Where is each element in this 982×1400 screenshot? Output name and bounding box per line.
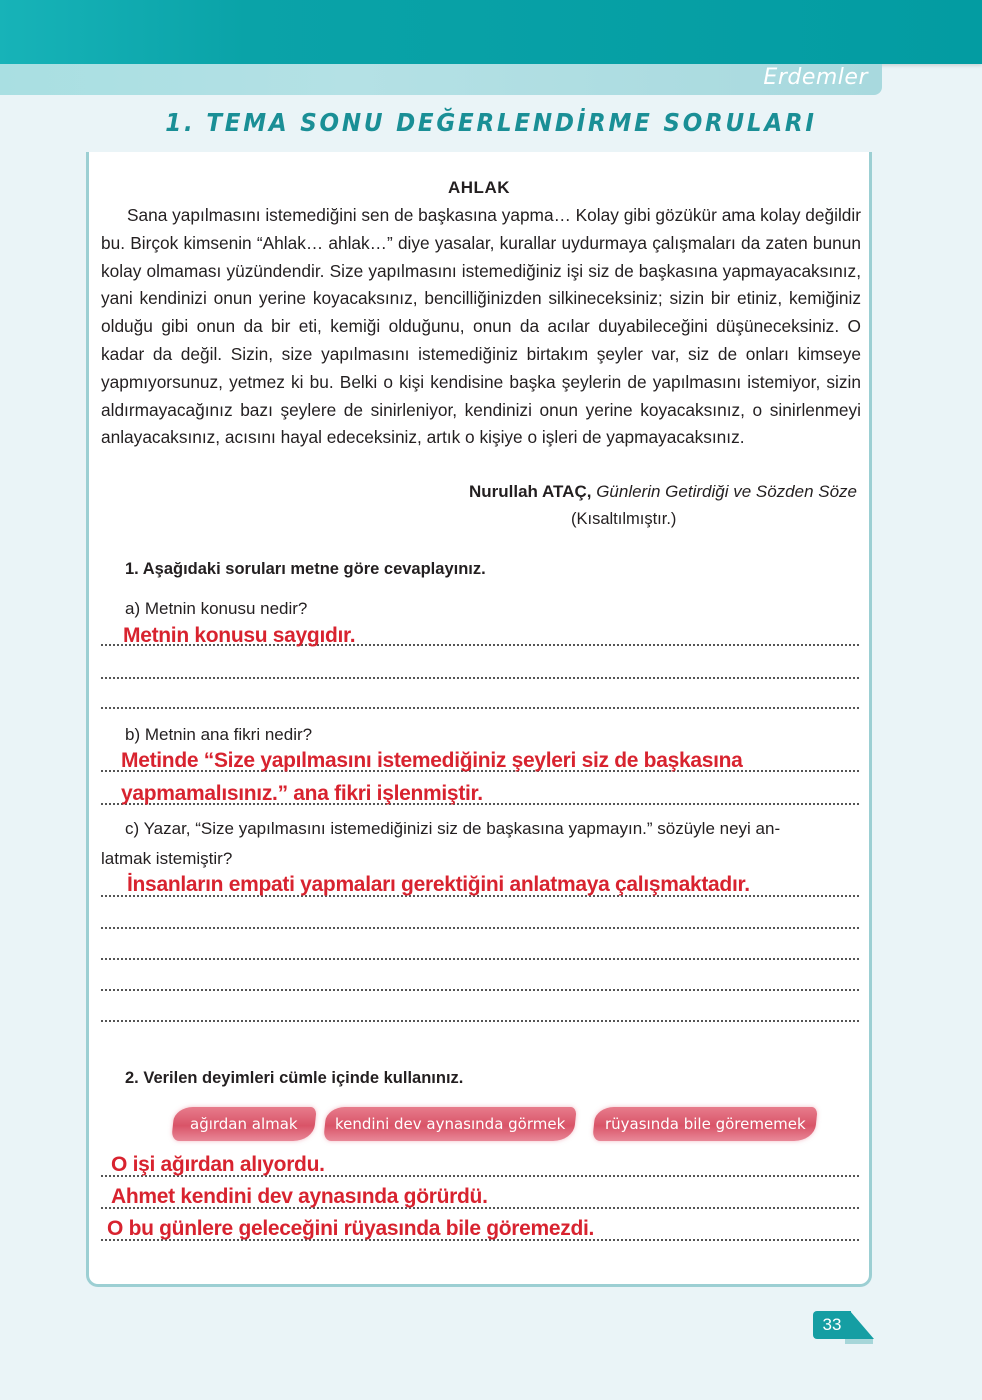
header-band: [0, 0, 982, 64]
idiom-label: ağırdan almak: [190, 1115, 298, 1133]
answer-2-3: O bu günlere geleceğini rüyasında bile g…: [107, 1217, 594, 1241]
idiom-label: kendini dev aynasında görmek: [335, 1115, 565, 1133]
answer-1c: İnsanların empati yapmaları gerektiğini …: [127, 873, 750, 897]
answer-line[interactable]: [101, 707, 859, 709]
reading-passage: Sana yapılmasını istemediğini sen de baş…: [101, 202, 861, 452]
idiom-chip: kendini dev aynasında görmek: [323, 1107, 577, 1141]
question-1b: b) Metnin ana fikri nedir?: [125, 725, 312, 745]
source-title: Günlerin Getirdiği ve Sözden Söze: [596, 482, 857, 501]
section-band: Erdemler: [0, 64, 882, 95]
question-1c-line2: latmak istemiştir?: [101, 849, 232, 869]
page-number: 33: [813, 1311, 851, 1339]
citation: Nurullah ATAÇ, Günlerin Getirdiği ve Söz…: [469, 482, 857, 502]
idiom-label: rüyasında bile görememek: [605, 1115, 806, 1133]
answer-1a: Metnin konusu saygıdır.: [123, 624, 355, 648]
answer-2-1: O işi ağırdan alıyordu.: [111, 1153, 325, 1177]
page-number-tab-shadow: [845, 1339, 873, 1344]
question-2-heading: 2. Verilen deyimleri cümle içinde kullan…: [125, 1069, 463, 1088]
question-1-heading: 1. Aşağıdaki soruları metne göre cevapla…: [125, 560, 486, 579]
answer-1b-line2: yapmamalısınız.” ana fikri işlenmiştir.: [121, 782, 483, 806]
question-1c-line1: c) Yazar, “Size yapılmasını istemediğini…: [125, 819, 863, 839]
answer-line[interactable]: [101, 677, 859, 679]
worksheet-box: AHLAK Sana yapılmasını istemediğini sen …: [86, 152, 872, 1287]
section-label: Erdemler: [763, 65, 868, 90]
answer-line[interactable]: [101, 1020, 859, 1022]
page-number-tab: [850, 1311, 874, 1339]
answer-line[interactable]: [101, 958, 859, 960]
author-name: Nurullah ATAÇ,: [469, 482, 591, 501]
question-1a: a) Metnin konusu nedir?: [125, 599, 307, 619]
reading-title: AHLAK: [89, 178, 869, 198]
reading-paragraph: Sana yapılmasını istemediğini sen de baş…: [101, 202, 861, 452]
answer-line[interactable]: [101, 927, 859, 929]
answer-1b-line1: Metinde “Size yapılmasını istemediğiniz …: [121, 749, 743, 773]
page-title: 1. TEMA SONU DEĞERLENDİRME SORULARI: [39, 108, 942, 137]
idiom-chip: ağırdan almak: [171, 1107, 317, 1141]
abridged-note: (Kısaltılmıştır.): [571, 510, 676, 529]
answer-2-2: Ahmet kendini dev aynasında görürdü.: [111, 1185, 488, 1209]
idiom-chip: rüyasında bile görememek: [592, 1107, 818, 1141]
answer-line[interactable]: [101, 989, 859, 991]
